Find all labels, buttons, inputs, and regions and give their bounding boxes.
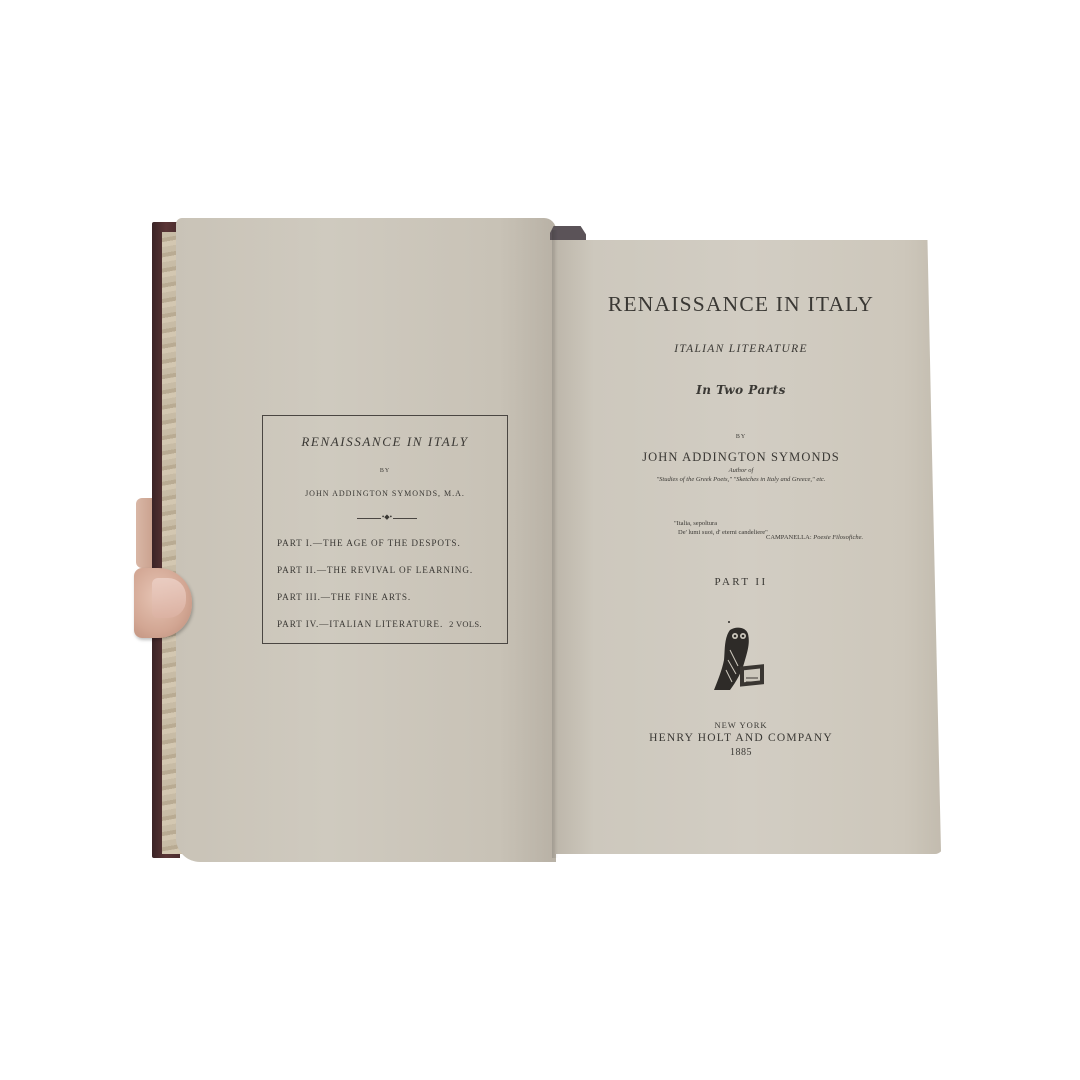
title-page-subtitle: ITALIAN LITERATURE bbox=[555, 343, 927, 355]
part-number: PART II bbox=[555, 576, 927, 588]
part-row: PART III.—THE FINE ARTS. bbox=[277, 590, 502, 617]
book-gutter bbox=[552, 230, 558, 858]
in-two-parts: In Two Parts bbox=[555, 383, 927, 397]
publisher-name: HENRY HOLT AND COMPANY bbox=[555, 732, 927, 744]
series-by-line: BY bbox=[263, 468, 507, 474]
owl-printer-device-icon bbox=[708, 620, 770, 692]
series-author: JOHN ADDINGTON SYMONDS, M.A. bbox=[263, 489, 507, 498]
author-works: "Studies of the Greek Poets," "Sketches … bbox=[555, 476, 927, 483]
series-list-frame: RENAISSANCE IN ITALY BY JOHN ADDINGTON S… bbox=[262, 415, 508, 644]
title-page-title: RENAISSANCE IN ITALY bbox=[555, 292, 927, 317]
right-page bbox=[555, 240, 943, 854]
series-title: RENAISSANCE IN ITALY bbox=[263, 434, 507, 450]
thumbnail-nail bbox=[152, 578, 186, 618]
author-of-label: Author of bbox=[555, 467, 927, 474]
ornament-divider: •◆• bbox=[357, 516, 417, 520]
publisher-city: NEW YORK bbox=[555, 720, 927, 730]
photo-scene: RENAISSANCE IN ITALY BY JOHN ADDINGTON S… bbox=[0, 0, 1080, 1080]
part-row: PART IV.—ITALIAN LITERATURE.2 VOLS. bbox=[277, 617, 502, 644]
parts-list: PART I.—THE AGE OF THE DESPOTS. PART II.… bbox=[277, 536, 502, 644]
part-row: PART I.—THE AGE OF THE DESPOTS. bbox=[277, 536, 502, 563]
title-page-author: JOHN ADDINGTON SYMONDS bbox=[555, 450, 927, 465]
epigraph: "Italia, sepoltura De' lumi suoi, d' ete… bbox=[674, 519, 768, 537]
publication-year: 1885 bbox=[555, 747, 927, 758]
title-page-by: BY bbox=[555, 434, 927, 440]
epigraph-attribution: CAMPANELLA: Poesie Filosofiche. bbox=[766, 534, 863, 541]
part-row: PART II.—THE REVIVAL OF LEARNING. bbox=[277, 563, 502, 590]
